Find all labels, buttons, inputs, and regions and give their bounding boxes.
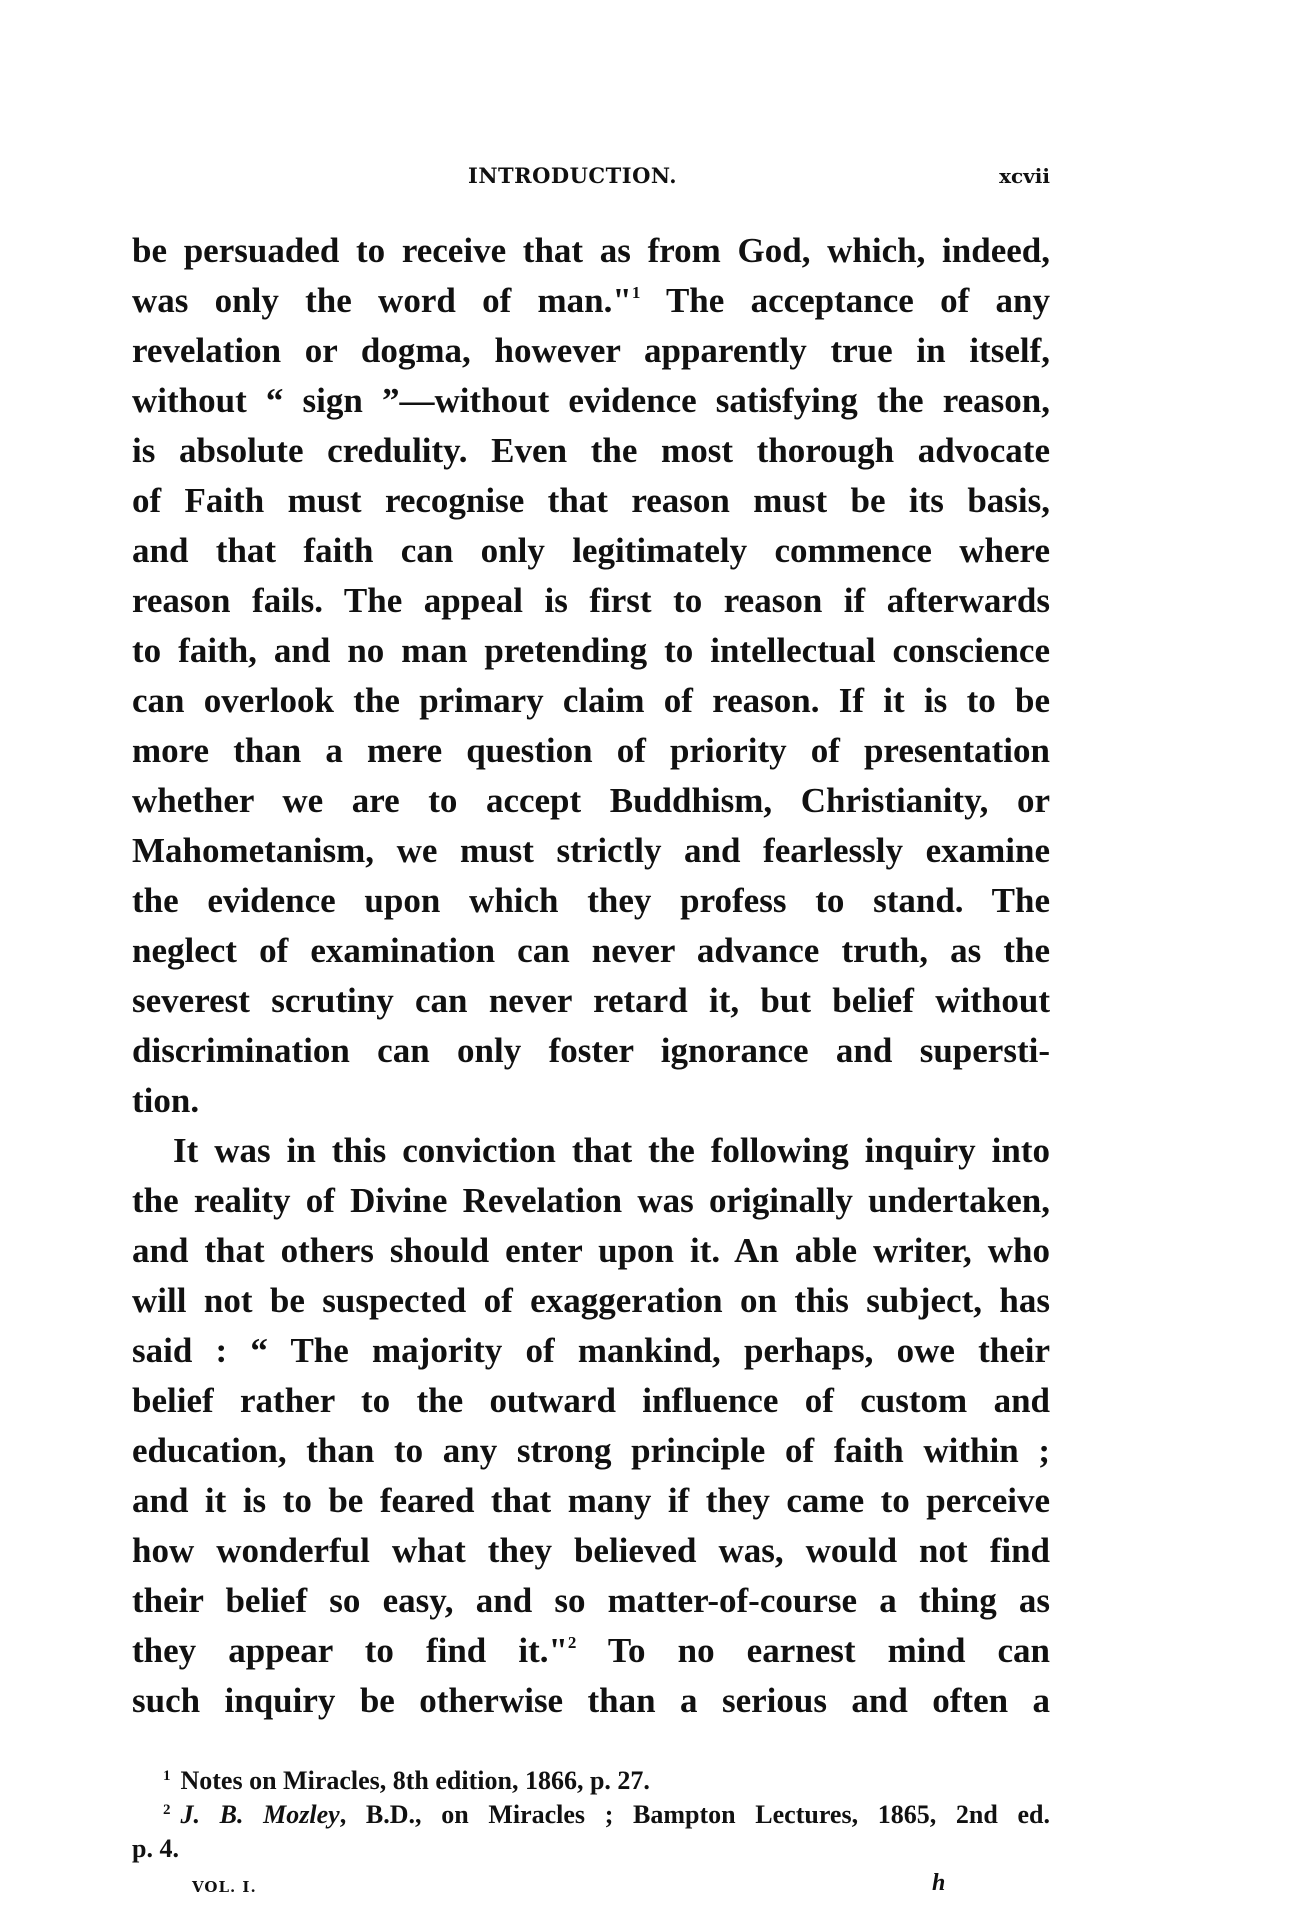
- text-run: To no earnest mind can: [576, 1631, 1050, 1670]
- footnote-number: 1: [163, 1768, 171, 1784]
- text-line: tion.: [132, 1076, 1050, 1126]
- text-line: is absolute credulity. Even the most tho…: [132, 426, 1050, 476]
- text-line: said : “ The majority of mankind, perhap…: [132, 1326, 1050, 1376]
- book-page: INTRODUCTION. xcvii be persuaded to rece…: [0, 0, 1292, 1925]
- text-line: neglect of examination can never advance…: [132, 926, 1050, 976]
- footnote-number: 2: [163, 1802, 171, 1818]
- body-text: be persuaded to receive that as from God…: [132, 226, 1050, 1726]
- text-line: of Faith must recognise that reason must…: [132, 476, 1050, 526]
- text-line: was only the word of man."1 The acceptan…: [132, 276, 1050, 326]
- footnote-1: 1Notes on Miracles, 8th edition, 1866, p…: [132, 1764, 1050, 1798]
- running-title: INTRODUCTION.: [468, 162, 677, 190]
- signature-mark: h: [932, 1869, 945, 1897]
- text-line: without “ sign ”—without evidence satisf…: [132, 376, 1050, 426]
- text-line: to faith, and no man pretending to intel…: [132, 626, 1050, 676]
- text-line: discrimination can only foster ignorance…: [132, 1026, 1050, 1076]
- text-line: and that others should enter upon it. An…: [132, 1226, 1050, 1276]
- text-line: how wonderful what they believed was, wo…: [132, 1526, 1050, 1576]
- text-line: they appear to find it."2 To no earnest …: [132, 1626, 1050, 1676]
- text-line: revelation or dogma, however apparently …: [132, 326, 1050, 376]
- text-line: the evidence upon which they profess to …: [132, 876, 1050, 926]
- text-line: the reality of Divine Revelation was ori…: [132, 1176, 1050, 1226]
- running-head: INTRODUCTION. xcvii: [132, 162, 1050, 192]
- paragraph-start-line: It was in this conviction that the follo…: [132, 1126, 1050, 1176]
- text-line: severest scrutiny can never retard it, b…: [132, 976, 1050, 1026]
- footnote-text: , B.D., on Miracles ; Bampton Lectures, …: [340, 1800, 1050, 1829]
- text-line: be persuaded to receive that as from God…: [132, 226, 1050, 276]
- text-line: and it is to be feared that many if they…: [132, 1476, 1050, 1526]
- signature-row: VOL. I. h: [132, 1873, 1050, 1903]
- text-line: reason fails. The appeal is first to rea…: [132, 576, 1050, 626]
- footnote-author: J. B. Mozley: [181, 1800, 340, 1829]
- page-number: xcvii: [999, 162, 1050, 190]
- text-run: was only the word of man.": [132, 281, 632, 320]
- text-line: Mahometanism, we must strictly and fearl…: [132, 826, 1050, 876]
- text-line: belief rather to the outward influence o…: [132, 1376, 1050, 1426]
- text-run: The acceptance of any: [640, 281, 1050, 320]
- footnotes: 1Notes on Miracles, 8th edition, 1866, p…: [132, 1764, 1050, 1866]
- text-run: they appear to find it.": [132, 1631, 568, 1670]
- text-line: and that faith can only legitimately com…: [132, 526, 1050, 576]
- text-line: such inquiry be otherwise than a serious…: [132, 1676, 1050, 1726]
- footnote-2-continuation: p. 4.: [132, 1832, 1050, 1866]
- text-line: more than a mere question of priority of…: [132, 726, 1050, 776]
- footnote-text: Notes on Miracles, 8th edition, 1866, p.…: [181, 1766, 650, 1795]
- text-line: whether we are to accept Buddhism, Chris…: [132, 776, 1050, 826]
- text-line: can overlook the primary claim of reason…: [132, 676, 1050, 726]
- volume-mark: VOL. I.: [192, 1873, 257, 1901]
- text-line: will not be suspected of exaggeration on…: [132, 1276, 1050, 1326]
- footnote-2: 2J. B. Mozley, B.D., on Miracles ; Bampt…: [132, 1798, 1050, 1832]
- text-line: their belief so easy, and so matter-of-c…: [132, 1576, 1050, 1626]
- text-line: education, than to any strong principle …: [132, 1426, 1050, 1476]
